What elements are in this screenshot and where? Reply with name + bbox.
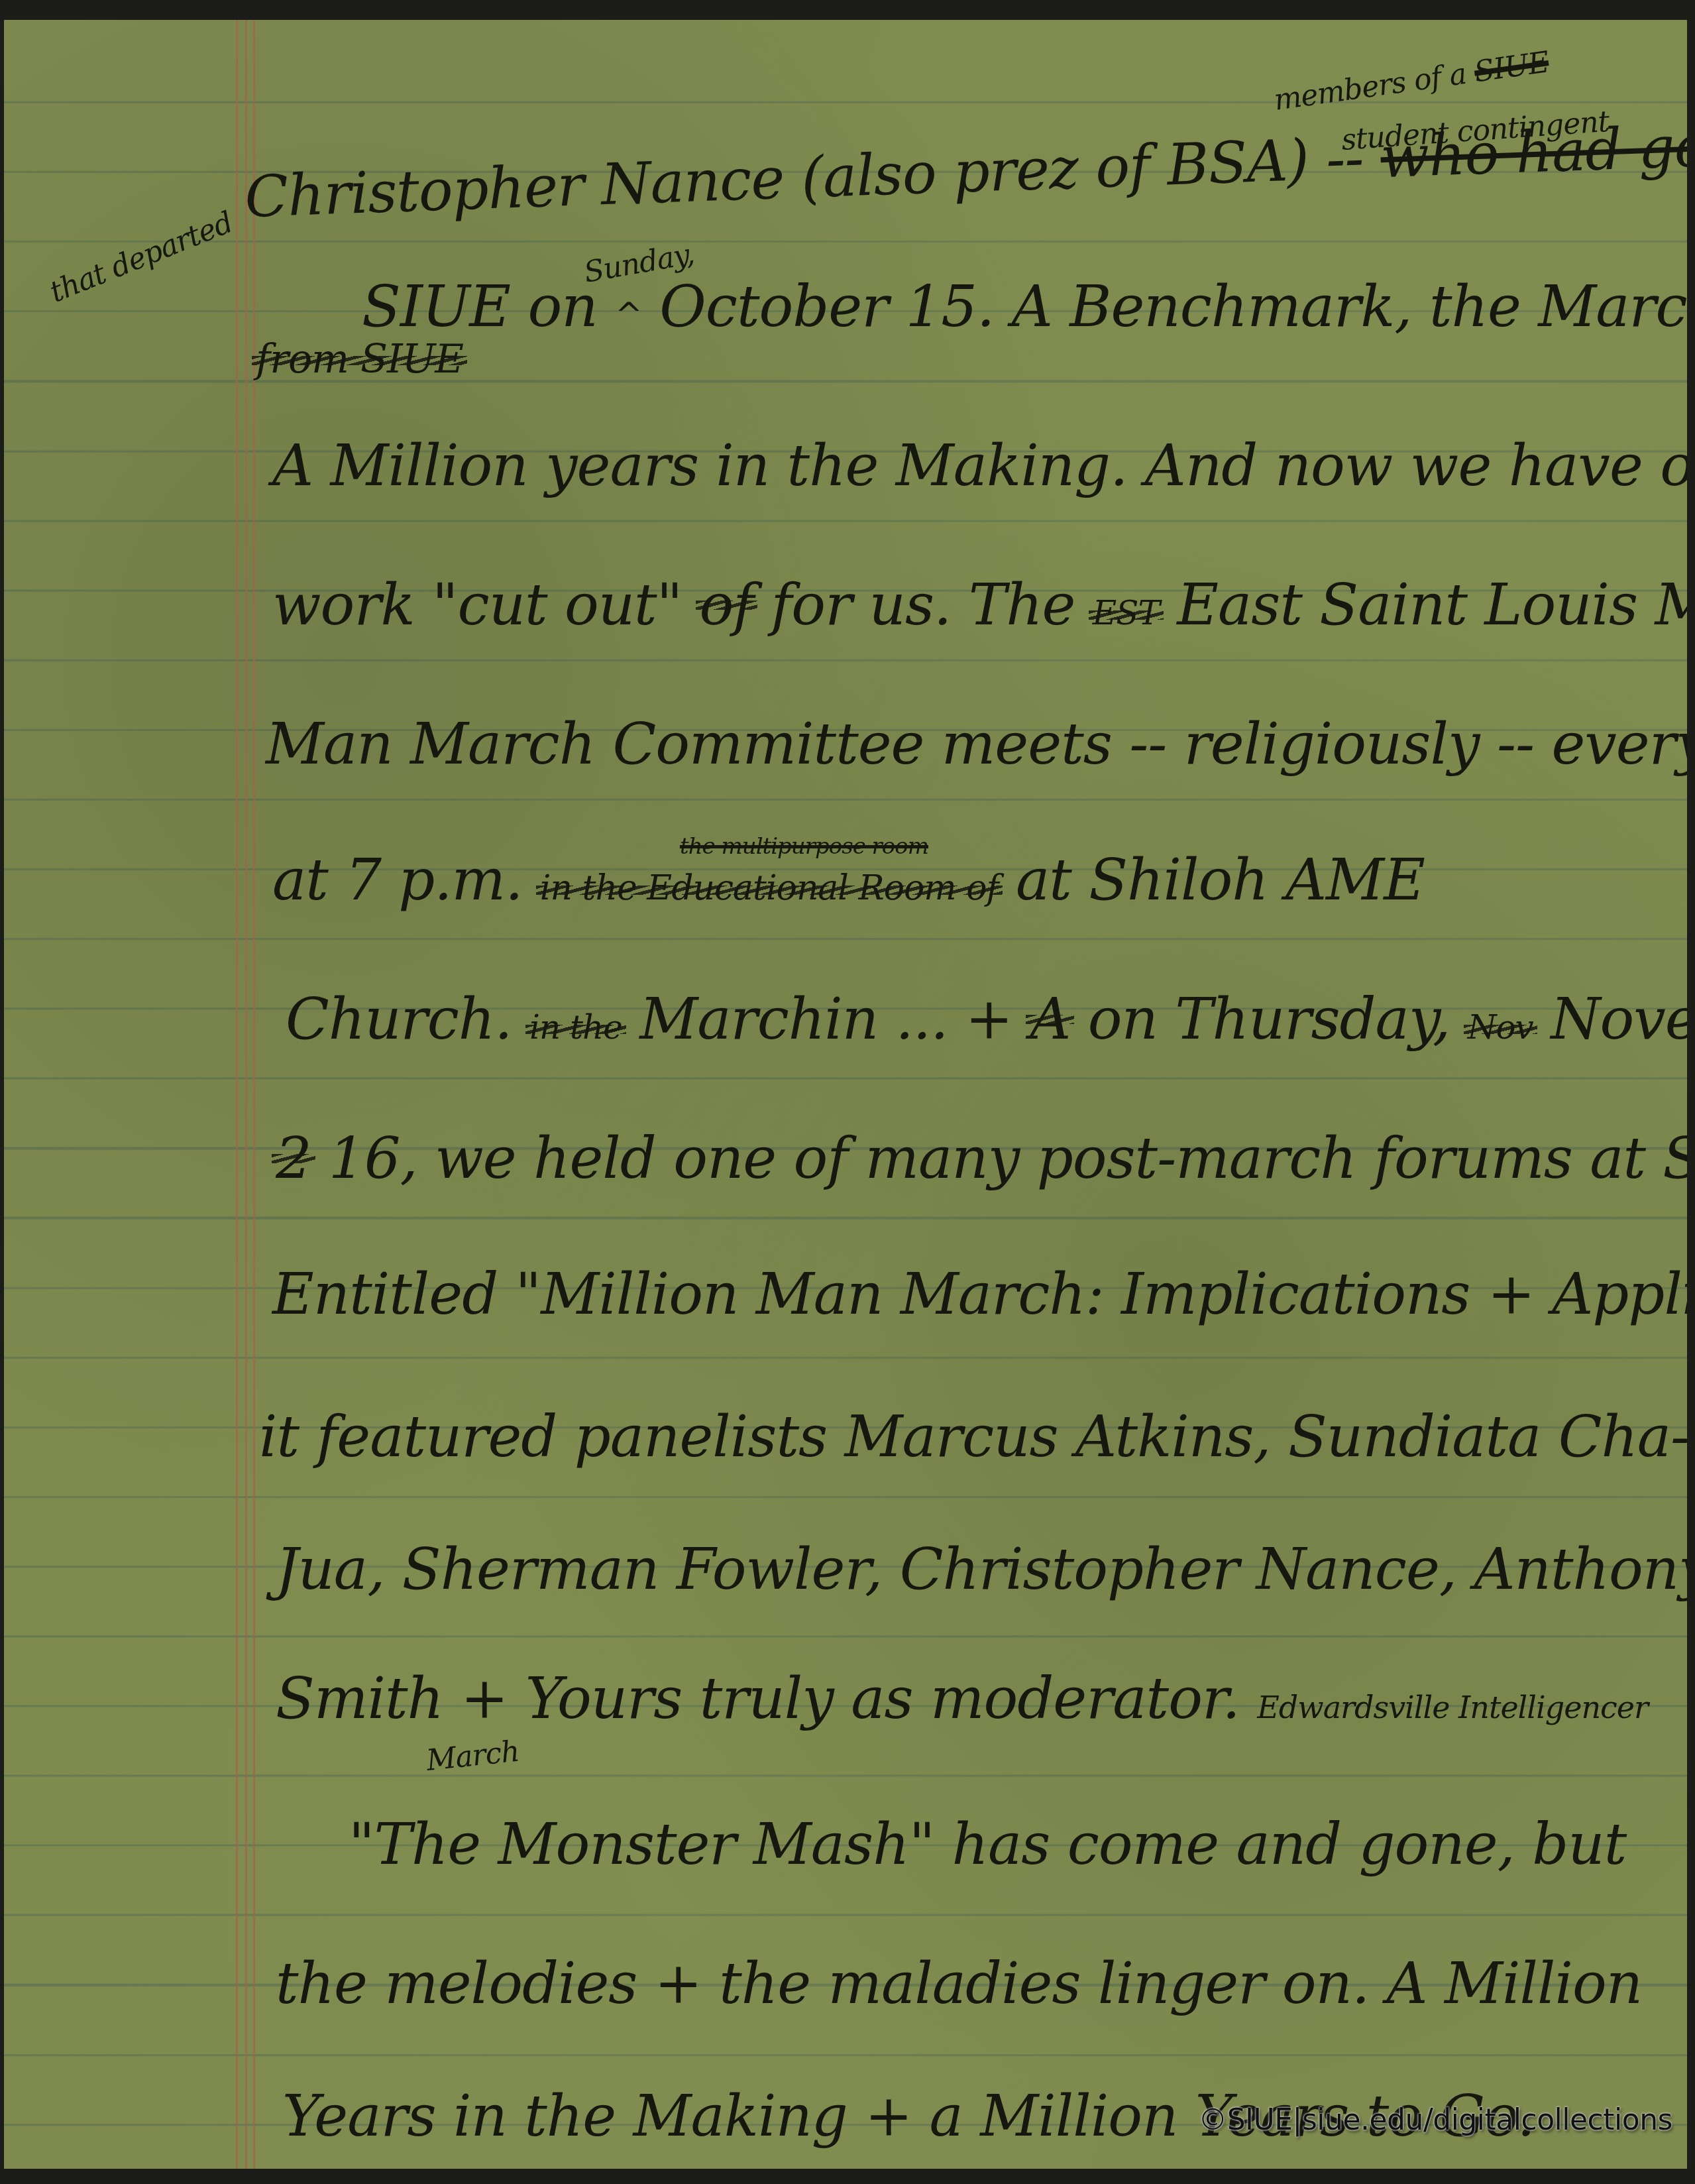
line-9: Entitled "Million Man March: Implication…: [272, 1266, 1695, 1323]
line-14: the melodies + the maladies linger on. A…: [276, 1955, 1642, 2012]
edwardsville-intelligencer-note: Edwardsville Intelligencer: [1257, 1690, 1648, 1725]
line-4: work "cut out" of for us. The EST East S…: [272, 577, 1695, 634]
line-1: Christopher Nance (also prez of BSA) -- …: [244, 115, 1695, 226]
margin-line: [253, 20, 255, 2169]
insertion-that-departed: that departed: [46, 208, 237, 308]
line-12: Smith + Yours truly as moderator. Edward…: [276, 1670, 1648, 1727]
line-11: Jua, Sherman Fowler, Christopher Nance, …: [276, 1541, 1695, 1598]
insertion-march: March: [425, 1737, 520, 1776]
struck-from-siue: from SIUE: [256, 339, 463, 379]
line-3: A Million years in the Making. And now w…: [272, 437, 1695, 494]
line-2-main: SIUE on ^ October 15. A Benchmark, the M…: [362, 278, 1695, 335]
line-10: it featured panelists Marcus Atkins, Sun…: [259, 1408, 1689, 1466]
line-7: Church. in the Marchin ... + A on Thursd…: [286, 991, 1695, 1048]
line-6: at 7 p.m. in the Educational Room of at …: [272, 852, 1425, 909]
copyright-watermark: ©SIUE|siue.edu/digitalcollections: [1198, 2103, 1672, 2137]
line-8: 2 16, we held one of many post-march for…: [276, 1130, 1695, 1187]
margin-line: [236, 20, 238, 2169]
scan-border: [1687, 0, 1695, 2184]
line-13: "The Monster Mash" has come and gone, bu…: [349, 1816, 1626, 1873]
insertion-members-of: members of a SIUE: [1272, 48, 1551, 115]
margin-line: [245, 20, 247, 2169]
line-5: Man March Committee meets -- religiously…: [266, 716, 1695, 773]
legal-pad-page: members of a SIUE student contingent Chr…: [4, 20, 1687, 2169]
